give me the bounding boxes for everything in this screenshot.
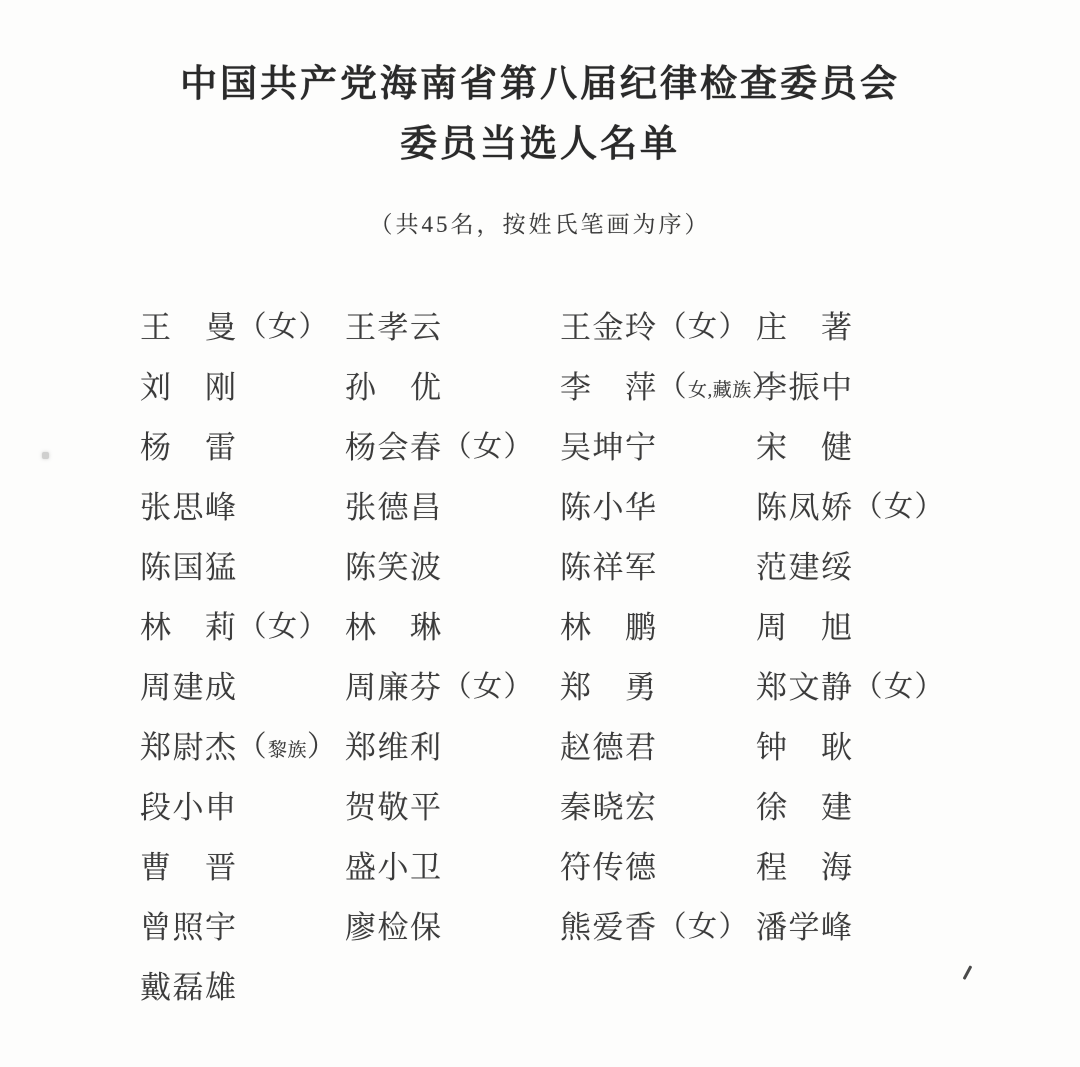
gender-ethnicity-note: （女） [658, 904, 750, 945]
member-name: 戴磊雄 [140, 954, 345, 1014]
member-name: 熊爱香（女） [560, 894, 756, 954]
member-name-text: 林 莉 [140, 602, 238, 647]
member-name: 潘学峰 [756, 894, 970, 954]
member-name-text: 陈笑波 [345, 542, 443, 587]
document-title: 中国共产党海南省第八届纪律检查委员会 委员当选人名单 [0, 0, 1080, 174]
member-name-text: 曹 晋 [140, 842, 238, 887]
member-name-text: 周廉芬 [345, 662, 443, 707]
gender-ethnicity-note: （黎族） [238, 724, 338, 765]
member-name-text: 张思峰 [140, 482, 238, 527]
member-name-text: 陈祥军 [560, 542, 658, 587]
member-name-text: 王 曼 [140, 302, 238, 347]
member-name: 郑 勇 [560, 654, 756, 714]
gender-ethnicity-note: （女） [658, 304, 750, 345]
member-name-text: 盛小卫 [345, 842, 443, 887]
member-name: 徐 建 [756, 774, 970, 834]
member-name: 郑文静（女） [756, 654, 970, 714]
member-name: 王金玲（女） [560, 294, 756, 354]
member-name: 林 鹏 [560, 594, 756, 654]
member-name: 庄 著 [756, 294, 970, 354]
member-name-text: 戴磊雄 [140, 962, 238, 1007]
member-name-text: 秦晓宏 [560, 782, 658, 827]
member-name: 周廉芬（女） [345, 654, 560, 714]
member-name-text: 潘学峰 [756, 902, 854, 947]
member-name: 程 海 [756, 834, 970, 894]
member-name: 张思峰 [140, 474, 345, 534]
document-title-line1: 中国共产党海南省第八届纪律检查委员会 [0, 54, 1080, 114]
document-title-line2: 委员当选人名单 [0, 114, 1080, 174]
member-name-text: 贺敬平 [345, 782, 443, 827]
member-name-text: 王金玲 [560, 302, 658, 347]
member-name-text: 周 旭 [756, 602, 854, 647]
gender-ethnicity-note: （女） [238, 304, 330, 345]
gender-ethnicity-note: （女） [443, 664, 535, 705]
document-page: 中国共产党海南省第八届纪律检查委员会 委员当选人名单 （共45名，按姓氏笔画为序… [0, 0, 1080, 1067]
member-name: 盛小卫 [345, 834, 560, 894]
member-name: 杨会春（女） [345, 414, 560, 474]
member-name: 郑维利 [345, 714, 560, 774]
member-name: 赵德君 [560, 714, 756, 774]
member-name: 王孝云 [345, 294, 560, 354]
member-name-text: 周建成 [140, 662, 238, 707]
member-name-text: 徐 建 [756, 782, 854, 827]
document-subtitle: （共45名，按姓氏笔画为序） [0, 206, 1080, 239]
member-name-text: 陈凤娇 [756, 482, 854, 527]
member-name: 秦晓宏 [560, 774, 756, 834]
member-name: 廖检保 [345, 894, 560, 954]
member-name-text: 陈国猛 [140, 542, 238, 587]
member-name-text: 李 萍 [560, 362, 658, 407]
member-name: 范建绥 [756, 534, 970, 594]
member-name-text: 廖检保 [345, 902, 443, 947]
member-name-text: 钟 耿 [756, 722, 854, 767]
scan-artifact-speck [42, 452, 49, 459]
member-name: 张德昌 [345, 474, 560, 534]
member-name: 陈笑波 [345, 534, 560, 594]
member-name-text: 杨会春 [345, 422, 443, 467]
member-name-text: 程 海 [756, 842, 854, 887]
member-name-text: 吴坤宁 [560, 422, 658, 467]
member-name-text: 杨 雷 [140, 422, 238, 467]
member-name-text: 庄 著 [756, 302, 854, 347]
member-name: 周 旭 [756, 594, 970, 654]
member-name: 刘 刚 [140, 354, 345, 414]
gender-ethnicity-note: （女） [443, 424, 535, 465]
member-name: 曹 晋 [140, 834, 345, 894]
member-list: 王 曼（女）王孝云王金玲（女）庄 著刘 刚孙 优李 萍（女,藏族）李振中杨 雷杨… [140, 294, 970, 1014]
member-name: 王 曼（女） [140, 294, 345, 354]
member-name-text: 范建绥 [756, 542, 854, 587]
member-name: 吴坤宁 [560, 414, 756, 474]
member-name-text: 郑尉杰 [140, 722, 238, 767]
member-name-text: 符传德 [560, 842, 658, 887]
member-name-text: 林 鹏 [560, 602, 658, 647]
member-name: 李 萍（女,藏族） [560, 354, 756, 414]
member-name: 符传德 [560, 834, 756, 894]
member-name-text: 赵德君 [560, 722, 658, 767]
member-name-text: 郑维利 [345, 722, 443, 767]
member-name: 孙 优 [345, 354, 560, 414]
member-name: 陈祥军 [560, 534, 756, 594]
member-name: 林 莉（女） [140, 594, 345, 654]
member-name-text: 曾照宇 [140, 902, 238, 947]
member-name: 钟 耿 [756, 714, 970, 774]
member-name: 陈小华 [560, 474, 756, 534]
member-name-text: 段小申 [140, 782, 238, 827]
member-name-text: 陈小华 [560, 482, 658, 527]
member-name-text: 郑 勇 [560, 662, 658, 707]
member-name: 杨 雷 [140, 414, 345, 474]
member-name: 曾照宇 [140, 894, 345, 954]
member-name-text: 张德昌 [345, 482, 443, 527]
member-name: 宋 健 [756, 414, 970, 474]
member-name-text: 林 琳 [345, 602, 443, 647]
member-name: 陈凤娇（女） [756, 474, 970, 534]
member-name-text: 宋 健 [756, 422, 854, 467]
gender-ethnicity-note: （女） [238, 604, 330, 645]
member-name-text: 孙 优 [345, 362, 443, 407]
member-name: 郑尉杰（黎族） [140, 714, 345, 774]
member-name: 贺敬平 [345, 774, 560, 834]
member-name: 周建成 [140, 654, 345, 714]
member-name: 林 琳 [345, 594, 560, 654]
member-name-text: 刘 刚 [140, 362, 238, 407]
member-name: 段小申 [140, 774, 345, 834]
member-name-text: 王孝云 [345, 302, 443, 347]
member-name-text: 郑文静 [756, 662, 854, 707]
gender-ethnicity-note: （女） [854, 664, 946, 705]
gender-ethnicity-note: （女） [854, 484, 946, 525]
member-name: 李振中 [756, 354, 970, 414]
member-name-text: 李振中 [756, 362, 854, 407]
member-name: 陈国猛 [140, 534, 345, 594]
member-name-text: 熊爱香 [560, 902, 658, 947]
